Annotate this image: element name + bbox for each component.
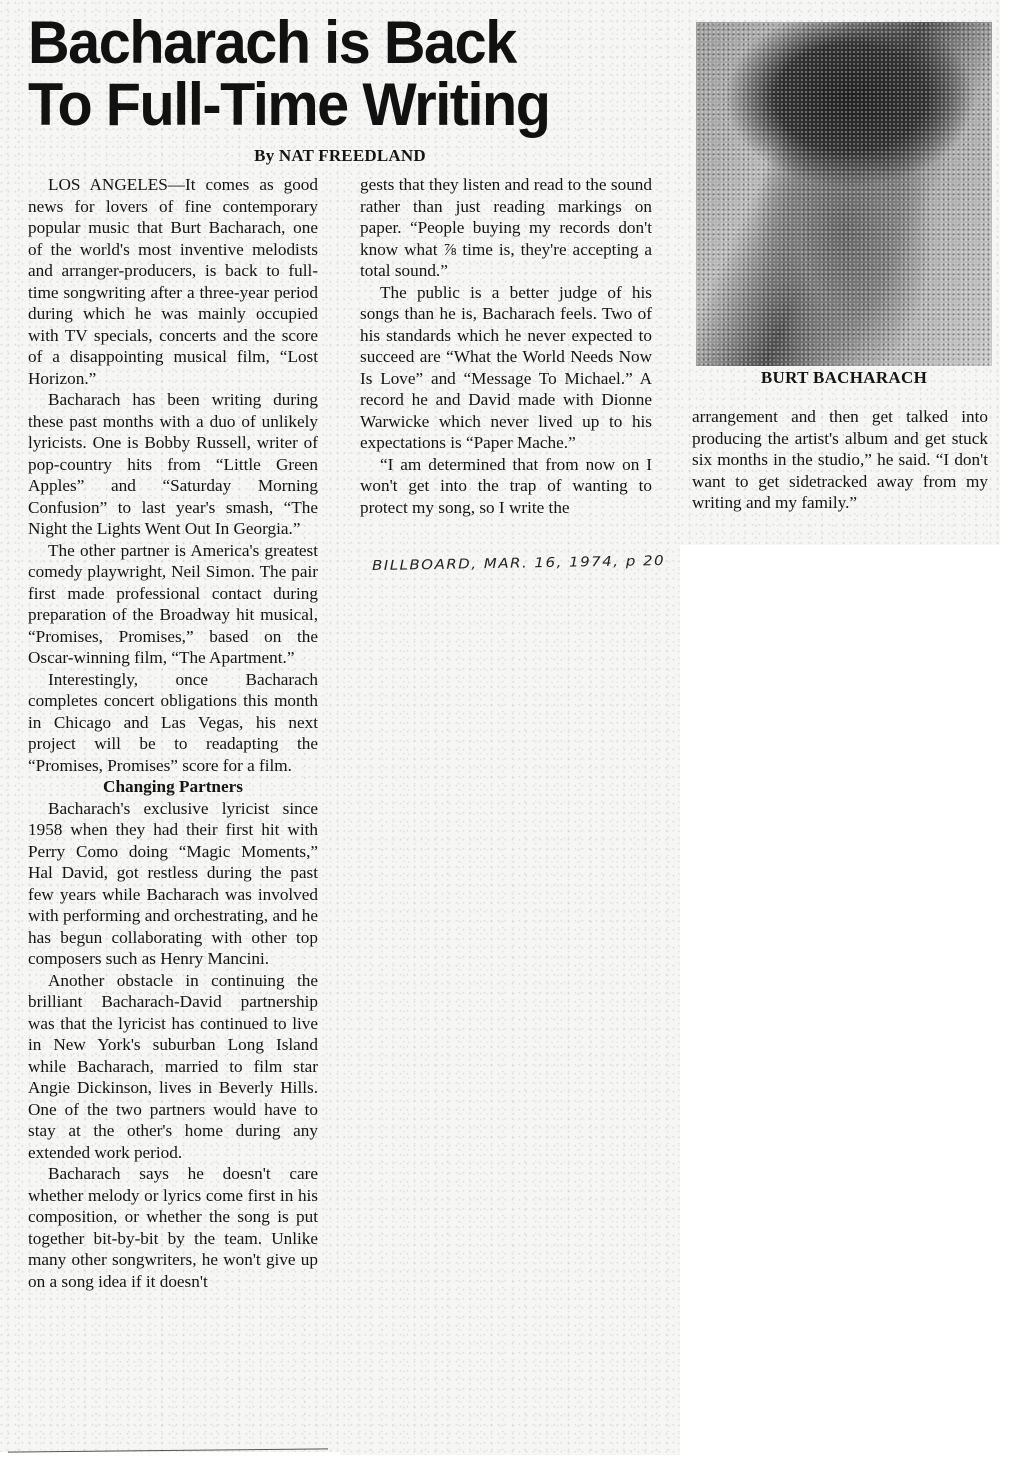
article-column-3: arrangement and then get talked into pro… [692,406,988,514]
subheading: Changing Partners [28,776,318,798]
article-column-2: gests that they listen and read to the s… [360,174,652,518]
paragraph: The public is a better judge of his song… [360,282,652,454]
clipping-bottom-edge [0,1452,340,1476]
paragraph: gests that they listen and read to the s… [360,174,652,282]
paragraph: Bacharach has been writing during these … [28,389,318,540]
paragraph: Another obstacle in continuing the brill… [28,970,318,1164]
article-column-1: LOS ANGELES—It comes as good news for lo… [28,174,318,1292]
paragraph: Interestingly, once Bacharach completes … [28,669,318,777]
newspaper-clipping: Bacharach is Back To Full-Time Writing B… [0,0,1022,1476]
paragraph: The other partner is America's greatest … [28,540,318,669]
paragraph: Bacharach says he doesn't care whether m… [28,1163,318,1292]
paragraph: “I am determined that from now on I won'… [360,454,652,519]
photo-caption: BURT BACHARACH [696,368,992,388]
headline: Bacharach is Back To Full-Time Writing [28,12,642,136]
paragraph: LOS ANGELES—It comes as good news for lo… [28,174,318,389]
paragraph: Bacharach's exclusive lyricist since 195… [28,798,318,970]
byline: By NAT FREEDLAND [0,146,680,166]
paragraph: arrangement and then get talked into pro… [692,406,988,514]
portrait-photo [696,22,992,366]
headline-line-2: To Full-Time Writing [28,74,642,136]
headline-line-1: Bacharach is Back [28,12,642,74]
